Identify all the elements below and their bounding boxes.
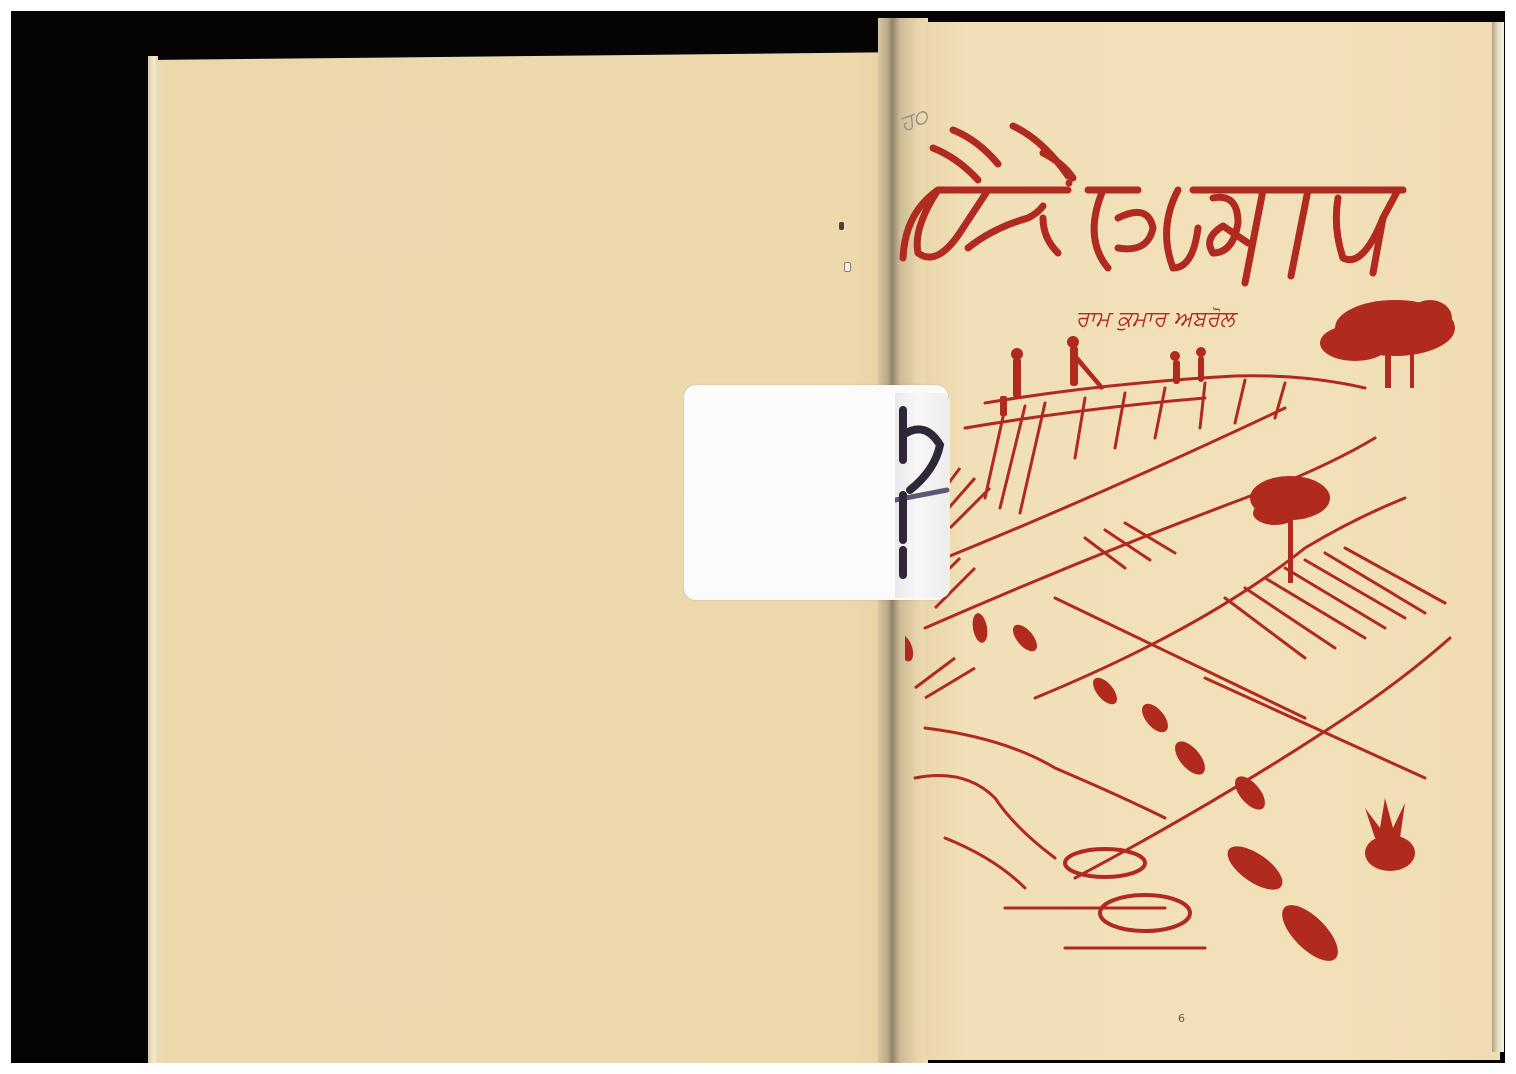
left-page-edge: [148, 56, 158, 1063]
hillside-illustration: [905, 298, 1465, 998]
book-title-lettering: [893, 118, 1413, 303]
page-mark: 6: [1178, 1012, 1185, 1025]
right-page-edge: [1492, 22, 1504, 1052]
binding-hole: [839, 222, 844, 230]
handwritten-mark: [895, 400, 950, 590]
binding-hole: [844, 262, 851, 272]
